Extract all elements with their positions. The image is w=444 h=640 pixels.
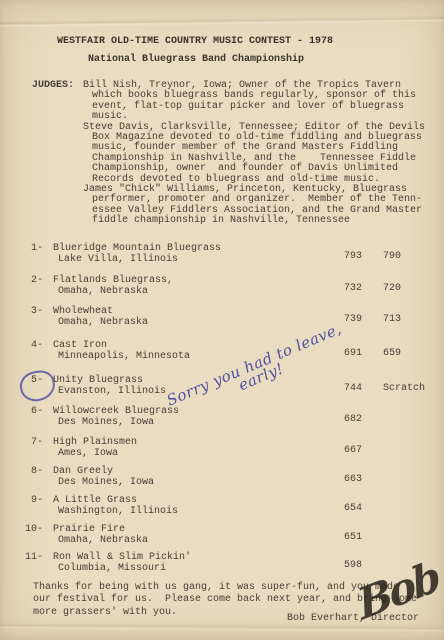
result-score-2: 720: [383, 283, 401, 294]
result-city: Columbia, Missouri: [58, 563, 191, 574]
paper-crease-top: [0, 15, 444, 28]
result-score-2: 713: [383, 314, 401, 325]
result-band: Ron Wall & Slim Pickin': [53, 552, 191, 563]
result-band: Prairie Fire: [53, 524, 148, 535]
result-rank: 8-: [14, 466, 43, 477]
result-score-1: 654: [344, 503, 370, 514]
result-band: Cast Iron: [53, 340, 190, 351]
result-score-1: 739: [344, 314, 370, 325]
result-rank: 9-: [14, 495, 43, 506]
result-score-1: 732: [344, 283, 370, 294]
result-band: High Plainsmen: [53, 437, 137, 448]
result-band: Blueridge Mountain Bluegrass: [53, 243, 221, 254]
result-row: 3- WholewheatOmaha, Nebraska 739 713: [0, 306, 444, 330]
result-score-1: 663: [344, 474, 370, 485]
result-city: Ames, Iowa: [58, 448, 137, 459]
result-city: Minneapolis, Minnesota: [58, 351, 190, 362]
result-row: 10- Prairie FireOmaha, Nebraska 651: [0, 524, 444, 548]
result-city: Omaha, Nebraska: [58, 317, 148, 328]
judges-section: JUDGES: Bill Nish, Treynor, Iowa; Owner …: [0, 81, 444, 227]
result-row: 9- A Little GrassWashington, Illinois 65…: [0, 495, 444, 519]
result-score-1: 598: [344, 560, 370, 571]
scanned-document: WESTFAIR OLD-TIME COUNTRY MUSIC CONTEST …: [0, 0, 444, 640]
result-rank: 7-: [14, 437, 43, 448]
document-title: WESTFAIR OLD-TIME COUNTRY MUSIC CONTEST …: [57, 36, 333, 47]
result-band: Flatlands Bluegrass,: [53, 275, 173, 286]
result-score-2: 790: [383, 251, 401, 262]
result-rank: 1-: [14, 243, 43, 254]
result-city: Evanston, Illinois: [58, 386, 166, 397]
result-score-1: 682: [344, 414, 370, 425]
result-row: 1- Blueridge Mountain BluegrassLake Vill…: [0, 243, 444, 267]
result-row: 6- Willowcreek BluegrassDes Moines, Iowa…: [0, 406, 444, 430]
result-rank: 3-: [14, 306, 43, 317]
judges-label: JUDGES:: [32, 81, 74, 91]
result-band: Unity Bluegrass: [53, 375, 166, 386]
result-row: 7- High PlainsmenAmes, Iowa 667: [0, 437, 444, 461]
result-row: 8- Dan GreelyDes Moines, Iowa 663: [0, 466, 444, 490]
result-city: Omaha, Nebraska: [58, 286, 173, 297]
result-rank: 6-: [14, 406, 43, 417]
result-city: Lake Villa, Illinois: [58, 254, 221, 265]
result-city: Des Moines, Iowa: [58, 417, 179, 428]
result-band: Willowcreek Bluegrass: [53, 406, 179, 417]
result-row: 4- Cast IronMinneapolis, Minnesota 691 6…: [0, 340, 444, 364]
result-score-1: 744: [344, 383, 370, 394]
result-band: Dan Greely: [53, 466, 154, 477]
result-rank: 5-: [14, 375, 43, 386]
judge-text-line: fiddle championship in Nashville, Tennes…: [92, 216, 444, 226]
result-band: A Little Grass: [53, 495, 178, 506]
document-subtitle: National Bluegrass Band Championship: [88, 54, 304, 65]
result-score-1: 651: [344, 532, 370, 543]
result-score-2: 659: [383, 348, 401, 359]
result-rank: 4-: [14, 340, 43, 351]
result-score-2: Scratch: [383, 383, 425, 394]
result-city: Des Moines, Iowa: [58, 477, 154, 488]
judge-text-line: event, flat-top guitar picker and lover …: [92, 102, 444, 112]
result-row: 2- Flatlands Bluegrass,Omaha, Nebraska 7…: [0, 275, 444, 299]
result-rank: 2-: [14, 275, 43, 286]
result-band: Wholewheat: [53, 306, 148, 317]
result-rank: 10-: [14, 524, 43, 535]
result-rank: 11-: [14, 552, 43, 563]
result-score-1: 793: [344, 251, 370, 262]
result-score-1: 667: [344, 445, 370, 456]
result-city: Washington, Illinois: [58, 506, 178, 517]
result-city: Omaha, Nebraska: [58, 535, 148, 546]
